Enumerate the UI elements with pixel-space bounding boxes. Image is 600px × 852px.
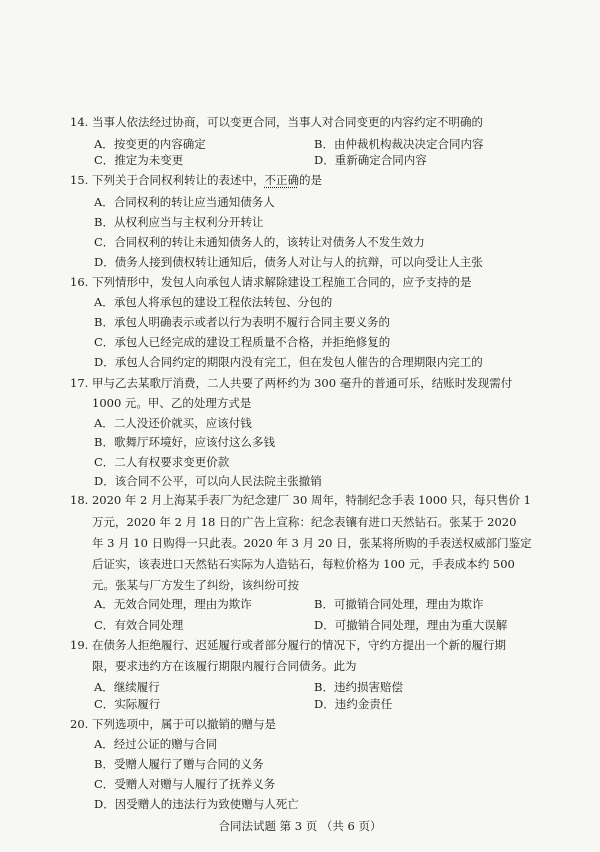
q14-option-c: C．推定为未变更 [94, 152, 183, 168]
question-text: 当事人依法经过协商，可以变更合同，当事人对合同变更的内容约定不明确的 [92, 115, 483, 129]
page-footer: 合同法试题 第 3 页 （共 6 页） [0, 818, 600, 834]
question-text: 下列情形中，发包人向承包人请求解除建设工程施工合同的，应予支持的是 [92, 275, 472, 289]
q14-option-d: D．重新确定合同内容 [314, 152, 427, 168]
emphasis-text: 不正确 [264, 173, 299, 187]
question-text: 甲与乙去某歌厅消费，二人共要了两杯约为 300 毫升的普通可乐，结账时发现需付 [92, 376, 512, 390]
question-text: 2020 年 2 月上海某手表厂为纪念建厂 30 周年，特制纪念手表 1000 … [92, 493, 531, 507]
q18-option-a: A．无效合同处理，理由为欺诈 [94, 596, 252, 612]
question-18-stem-line-2: 万元，2020 年 2 月 18 日的广告上宣称：纪念表镶有进口天然钻石。张某于… [92, 514, 516, 530]
q15-option-c: C．合同权利的转让未通知债务人的，该转让对债务人不发生效力 [94, 234, 425, 250]
question-16-stem: 16. 下列情形中，发包人向承包人请求解除建设工程施工合同的，应予支持的是 [70, 274, 471, 290]
q15-option-d: D．债务人接到债权转让通知后，债务人对让与人的抗辩，可以向受让人主张 [94, 254, 483, 270]
q17-option-c: C．二人有权要求变更价款 [94, 454, 229, 470]
q18-option-d: D．可撤销合同处理，理由为重大误解 [314, 617, 507, 633]
q16-option-c: C．承包人已经完成的建设工程质量不合格，并拒绝修复的 [94, 334, 390, 350]
q16-option-d: D．承包人合同约定的期限内没有完工，但在发包人催告的合理期限内完工的 [94, 354, 483, 370]
q19-option-c-visible: C．实际履行 [94, 696, 160, 712]
q14-option-a: A．按变更的内容确定 [94, 136, 206, 152]
q18-option-b: B．可撤销合同处理，理由为欺诈 [314, 596, 483, 612]
question-number: 15. [70, 173, 88, 187]
question-20-stem: 20. 下列选项中，属于可以撤销的赠与是 [70, 716, 276, 732]
question-17-stem-cont: 1000 元。甲、乙的处理方式是 [92, 395, 251, 411]
q15-option-b: B．从权利应当与主权利分开转让 [94, 214, 263, 230]
q20-option-b: B．受赠人履行了赠与合同的义务 [94, 756, 263, 772]
question-number: 14. [70, 115, 88, 129]
q16-option-a: A．承包人将承包的建设工程依法转包、分包的 [94, 294, 332, 310]
q17-option-d: D．该合同不公平，可以向人民法院主张撤销 [94, 473, 322, 489]
q18-option-c: C．有效合同处理 [94, 617, 183, 633]
question-number: 19. [70, 638, 88, 652]
question-text: 下列关于合同权利转让的表述中， [92, 173, 265, 187]
q20-option-c: C．受赠人对赠与人履行了抚养义务 [94, 776, 275, 792]
question-18-stem: 18. 2020 年 2 月上海某手表厂为纪念建厂 30 周年，特制纪念手表 1… [70, 492, 531, 508]
question-number: 17. [70, 376, 88, 390]
question-text: 在债务人拒绝履行、迟延履行或者部分履行的情况下，守约方提出一个新的履行期 [92, 638, 506, 652]
question-number: 20. [70, 717, 88, 731]
q16-option-b: B．承包人明确表示或者以行为表明不履行合同主要义务的 [94, 314, 390, 330]
question-18-stem-line-3: 年 3 月 10 日购得一只此表。2020 年 3 月 20 日，张某将所购的手… [92, 535, 532, 551]
question-17-stem: 17. 甲与乙去某歌厅消费，二人共要了两杯约为 300 毫升的普通可乐，结账时发… [70, 375, 512, 391]
question-18-stem-line-4: 后证实，该表进口天然钻石实际为人造钻石，每粒价格为 100 元，手表成本约 50… [92, 556, 515, 572]
question-19-stem-cont: 限，要求违约方在该履行期限内履行合同债务。此为 [92, 658, 357, 674]
question-15-stem: 15. 下列关于合同权利转让的表述中，不正确的是 [70, 172, 322, 188]
q19-option-d: D．违约金责任 [314, 696, 392, 712]
question-number: 18. [70, 493, 88, 507]
q17-option-a: A．二人没还价就买，应该付钱 [94, 415, 252, 431]
q20-option-a: A．经过公证的赠与合同 [94, 736, 217, 752]
q19-option-b: B．违约损害赔偿 [314, 679, 403, 695]
question-14-stem: 14. 当事人依法经过协商，可以变更合同，当事人对合同变更的内容约定不明确的 [70, 114, 483, 130]
question-19-stem: 19. 在债务人拒绝履行、迟延履行或者部分履行的情况下，守约方提出一个新的履行期 [70, 637, 506, 653]
question-number: 16. [70, 275, 88, 289]
q19-option-a: A．继续履行 [94, 679, 160, 695]
q20-option-d: D．因受赠人的违法行为致使赠与人死亡 [94, 796, 299, 812]
question-text-end: 的是 [299, 173, 322, 187]
q17-option-b: B．歌舞厅环境好，应该付这么多钱 [94, 434, 275, 450]
exam-page: 14. 当事人依法经过协商，可以变更合同，当事人对合同变更的内容约定不明确的 A… [0, 0, 600, 852]
q15-option-a: A．合同权利的转让应当通知债务人 [94, 194, 275, 210]
question-text: 下列选项中，属于可以撤销的赠与是 [92, 717, 276, 731]
question-18-stem-line-5: 元。张某与厂方发生了纠纷，该纠纷可按 [92, 577, 299, 593]
q14-option-b: B．由仲裁机构裁决决定合同内容 [314, 136, 483, 152]
